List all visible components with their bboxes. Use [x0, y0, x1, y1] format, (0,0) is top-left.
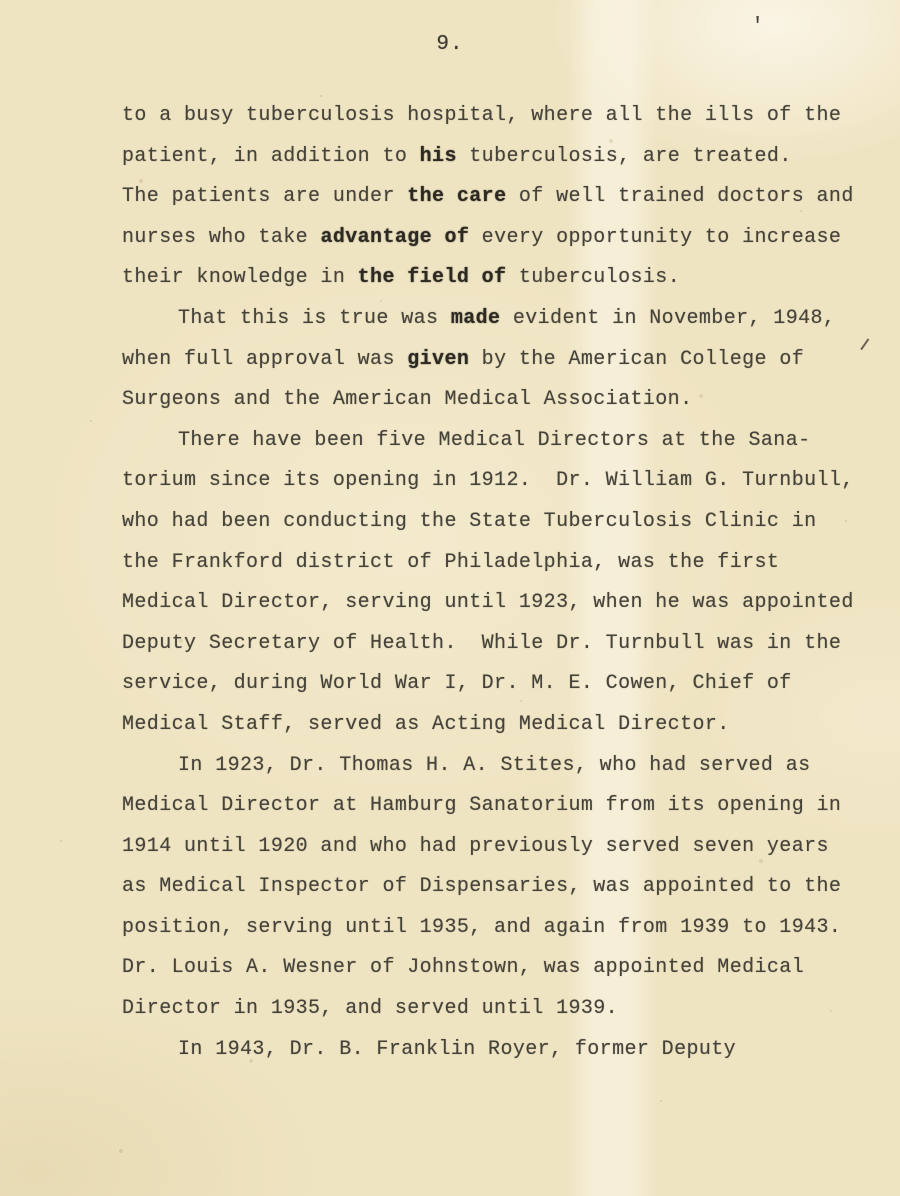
scanned-document-page: ' 9. to a busy tuberculosis hospital, wh… [0, 0, 900, 1196]
text-segment: Dr. Louis A. Wesner of Johnstown, was ap… [122, 956, 804, 979]
text-line: There have been five Medical Directors a… [122, 421, 862, 462]
text-segment: Medical Staff, served as Acting Medical … [122, 713, 730, 736]
text-segment: torium since its opening in 1912. Dr. Wi… [122, 469, 854, 492]
text-segment: 1914 until 1920 and who had previously s… [122, 835, 829, 858]
text-segment: of well trained doctors and [506, 185, 853, 208]
text-line: nurses who take advantage of every oppor… [122, 218, 862, 259]
text-segment-heavy-ink: the field of [358, 266, 507, 289]
text-line: Medical Director, serving until 1923, wh… [122, 583, 862, 624]
text-line: when full approval was given by the Amer… [122, 340, 862, 381]
text-segment: as Medical Inspector of Dispensaries, wa… [122, 875, 841, 898]
text-segment: by the American College of [469, 348, 804, 371]
text-segment: In 1943, Dr. B. Franklin Royer, former D… [178, 1038, 736, 1061]
text-line: service, during World War I, Dr. M. E. C… [122, 664, 862, 705]
text-segment: In 1923, Dr. Thomas H. A. Stites, who ha… [178, 754, 811, 777]
text-segment: Deputy Secretary of Health. While Dr. Tu… [122, 632, 841, 655]
text-line: their knowledge in the field of tubercul… [122, 258, 862, 299]
text-segment: tuberculosis, are treated. [457, 145, 792, 168]
text-line: Medical Staff, served as Acting Medical … [122, 705, 862, 746]
text-line: The patients are under the care of well … [122, 177, 862, 218]
text-segment: There have been five Medical Directors a… [178, 429, 811, 452]
text-segment: tuberculosis. [506, 266, 680, 289]
text-segment: every opportunity to increase [469, 226, 841, 249]
text-segment-heavy-ink: his [420, 145, 457, 168]
text-line: Deputy Secretary of Health. While Dr. Tu… [122, 624, 862, 665]
text-segment-heavy-ink: advantage of [320, 226, 469, 249]
text-segment: Medical Director at Hamburg Sanatorium f… [122, 794, 841, 817]
text-line: as Medical Inspector of Dispensaries, wa… [122, 867, 862, 908]
text-line: That this is true was made evident in No… [122, 299, 862, 340]
text-segment: Medical Director, serving until 1923, wh… [122, 591, 854, 614]
text-segment-heavy-ink: given [407, 348, 469, 371]
text-segment: their knowledge in [122, 266, 358, 289]
text-line: Medical Director at Hamburg Sanatorium f… [122, 786, 862, 827]
text-line: the Frankford district of Philadelphia, … [122, 543, 862, 584]
text-line: who had been conducting the State Tuberc… [122, 502, 862, 543]
text-segment: when full approval was [122, 348, 407, 371]
text-line: 1914 until 1920 and who had previously s… [122, 827, 862, 868]
text-line: Dr. Louis A. Wesner of Johnstown, was ap… [122, 948, 862, 989]
text-segment: position, serving until 1935, and again … [122, 916, 841, 939]
text-segment-heavy-ink: the care [407, 185, 506, 208]
typewritten-text-block: to a busy tuberculosis hospital, where a… [122, 96, 862, 1070]
text-segment: Surgeons and the American Medical Associ… [122, 388, 693, 411]
text-segment: patient, in addition to [122, 145, 420, 168]
text-line: In 1923, Dr. Thomas H. A. Stites, who ha… [122, 746, 862, 787]
paper-grain-speckles [0, 0, 2, 2]
text-segment: service, during World War I, Dr. M. E. C… [122, 672, 792, 695]
text-segment: the Frankford district of Philadelphia, … [122, 551, 779, 574]
text-line: patient, in addition to his tuberculosis… [122, 137, 862, 178]
text-segment: to a busy tuberculosis hospital, where a… [122, 104, 841, 127]
text-line: position, serving until 1935, and again … [122, 908, 862, 949]
text-line: Surgeons and the American Medical Associ… [122, 380, 862, 421]
text-line: to a busy tuberculosis hospital, where a… [122, 96, 862, 137]
text-segment: who had been conducting the State Tuberc… [122, 510, 817, 533]
text-line: In 1943, Dr. B. Franklin Royer, former D… [122, 1030, 862, 1071]
page-number: 9. [0, 33, 900, 56]
text-line: Director in 1935, and served until 1939. [122, 989, 862, 1030]
text-segment-heavy-ink: made [451, 307, 501, 330]
text-segment: The patients are under [122, 185, 407, 208]
text-segment: That this is true was [178, 307, 451, 330]
text-line: torium since its opening in 1912. Dr. Wi… [122, 461, 862, 502]
text-segment: Director in 1935, and served until 1939. [122, 997, 618, 1020]
text-segment: nurses who take [122, 226, 320, 249]
text-segment: evident in November, 1948, [500, 307, 835, 330]
